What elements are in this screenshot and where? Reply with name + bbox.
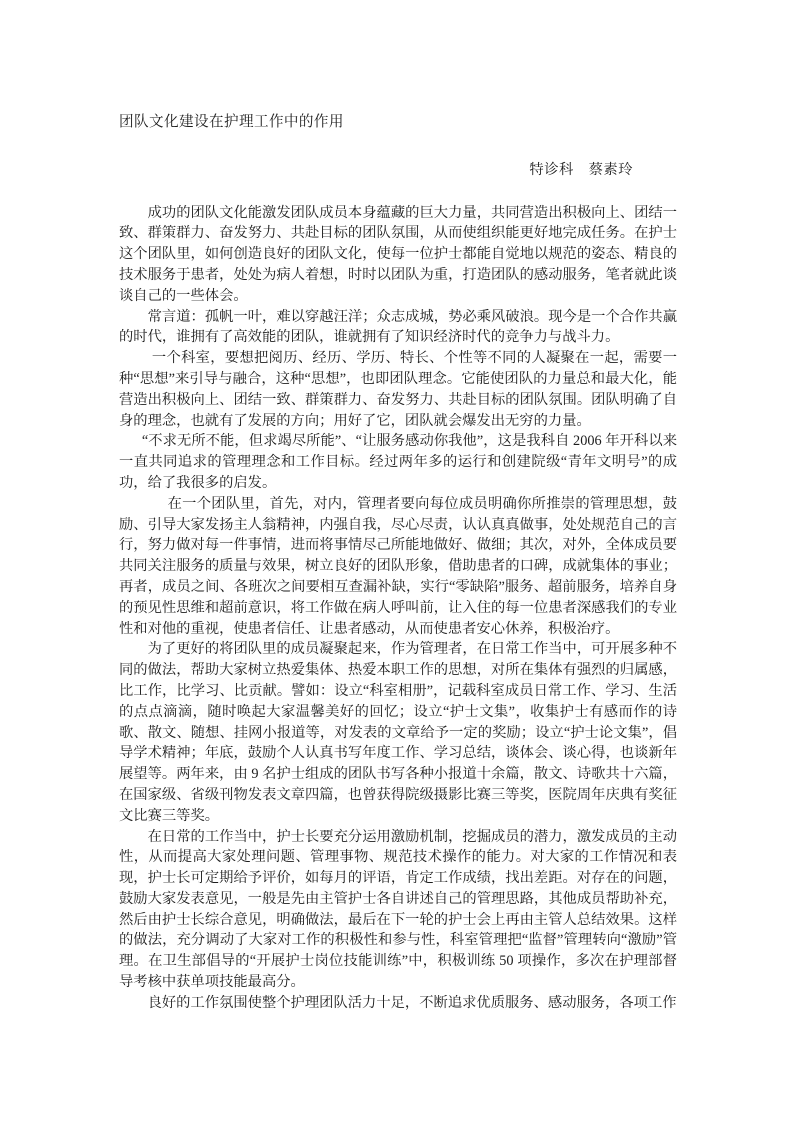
author-byline: 特诊科 蔡素玲 xyxy=(119,160,677,181)
body-paragraph-7: 在日常的工作当中，护士长要充分运用激励机制，挖掘成员的潜力，激发成员的主动性，从… xyxy=(119,827,677,993)
document-page: 团队文化建设在护理工作中的作用 特诊科 蔡素玲 成功的团队文化能激发团队成员本身… xyxy=(0,0,793,1122)
document-content: 团队文化建设在护理工作中的作用 特诊科 蔡素玲 成功的团队文化能激发团队成员本身… xyxy=(0,0,793,1014)
body-paragraph-8: 良好的工作氛围使整个护理团队活力十足，不断追求优质服务、感动服务，各项工作 xyxy=(119,993,677,1014)
body-paragraph-3: 一个科室，要想把阅历、经历、学历、特长、个性等不同的人凝聚在一起，需要一种“思想… xyxy=(119,348,677,431)
document-title: 团队文化建设在护理工作中的作用 xyxy=(119,112,677,133)
body-paragraph-6: 为了更好的将团队里的成员凝聚起来，作为管理者，在日常工作当中，可开展多种不同的做… xyxy=(119,639,677,826)
body-paragraph-1: 成功的团队文化能激发团队成员本身蕴藏的巨大力量，共同营造出积极向上、团结一致、群… xyxy=(119,203,677,307)
document-body: 成功的团队文化能激发团队成员本身蕴藏的巨大力量，共同营造出积极向上、团结一致、群… xyxy=(119,203,677,1014)
body-paragraph-2: 常言道：孤帆一叶，难以穿越汪洋；众志成城，势必乘风破浪。现今是一个合作共赢的时代… xyxy=(119,307,677,349)
body-paragraph-5: 在一个团队里，首先，对内，管理者要向每位成员明确你所推崇的管理思想，鼓励、引导大… xyxy=(119,494,677,640)
body-paragraph-4: “不求无所不能，但求竭尽所能”、“让服务感动你我他”，这是我科自 2006 年开… xyxy=(119,431,677,493)
